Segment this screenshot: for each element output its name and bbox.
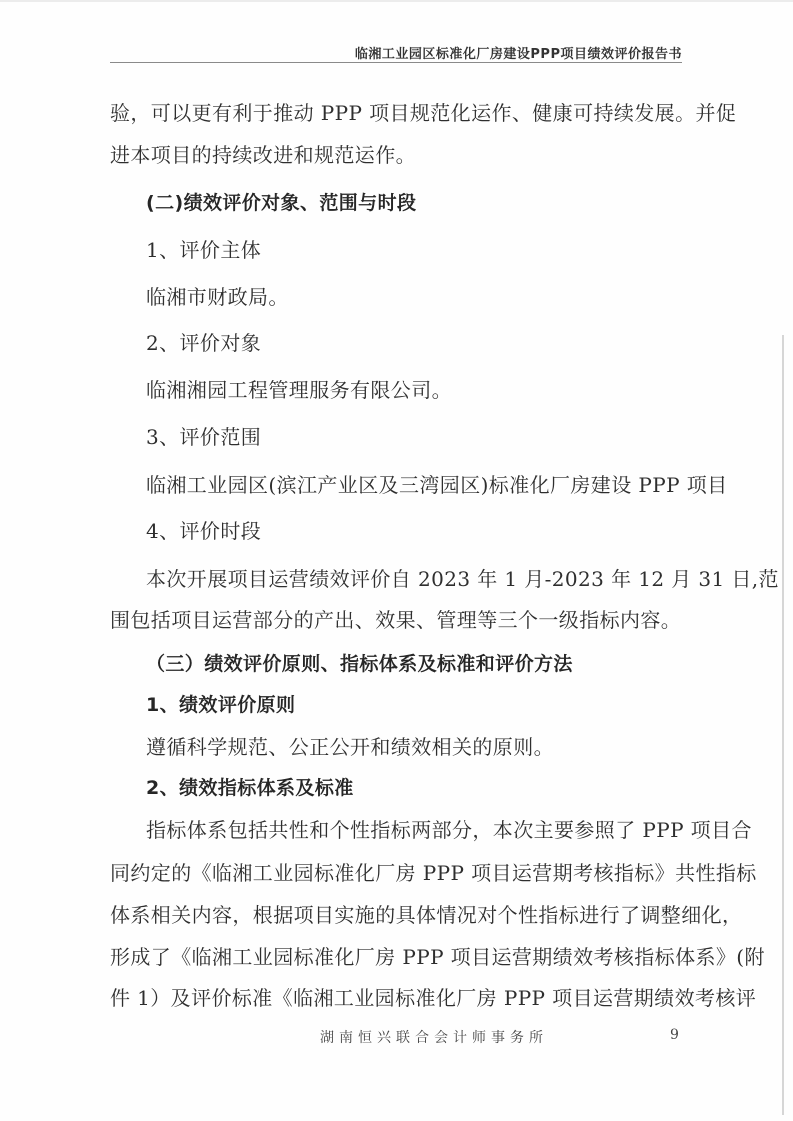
paragraph-line: 遵循科学规范、公正公开和绩效相关的原则。 bbox=[146, 733, 721, 761]
subsection-heading: 3、评价范围 bbox=[146, 423, 721, 451]
subsection-heading: 2、绩效指标体系及标准 bbox=[146, 774, 721, 802]
scan-right-edge bbox=[782, 335, 784, 1115]
paragraph-line: 进本项目的持续改进和规范运作。 bbox=[110, 141, 685, 169]
section-heading: (二)绩效评价对象、范围与时段 bbox=[146, 189, 721, 217]
paragraph-line: 件 1）及评价标准《临湘工业园标准化厂房 PPP 项目运营期绩效考核评 bbox=[110, 984, 685, 1012]
page-number: 9 bbox=[670, 1027, 679, 1043]
subsection-heading: 4、评价时段 bbox=[146, 517, 721, 545]
paragraph-line: 临湘市财政局。 bbox=[146, 283, 721, 311]
paragraph-line: 本次开展项目运营绩效评价自 2023 年 1 月-2023 年 12 月 31 … bbox=[146, 565, 685, 593]
paragraph-line: 体系相关内容，根据项目实施的具体情况对个性指标进行了调整细化， bbox=[110, 901, 685, 929]
paragraph-line: 临湘湘园工程管理服务有限公司。 bbox=[146, 376, 721, 404]
page-header: 临湘工业园区标准化厂房建设PPP项目绩效评价报告书 bbox=[110, 40, 682, 63]
subsection-heading: 1、绩效评价原则 bbox=[146, 691, 721, 719]
header-title: 临湘工业园区标准化厂房建设PPP项目绩效评价报告书 bbox=[355, 43, 682, 62]
paragraph-line: 形成了《临湘工业园标准化厂房 PPP 项目运营期绩效考核指标体系》(附 bbox=[110, 943, 685, 971]
paragraph-line: 临湘工业园区(滨江产业区及三湾园区)标准化厂房建设 PPP 项目 bbox=[146, 471, 721, 499]
paragraph-line: 指标体系包括共性和个性指标两部分，本次主要参照了 PPP 项目合 bbox=[146, 816, 685, 844]
subsection-heading: 1、评价主体 bbox=[146, 236, 721, 264]
footer-firm-name: 湖南恒兴联合会计师事务所 bbox=[320, 1027, 548, 1047]
section-heading: （三）绩效评价原则、指标体系及标准和评价方法 bbox=[146, 650, 721, 678]
paragraph-line: 同约定的《临湘工业园标准化厂房 PPP 项目运营期考核指标》共性指标 bbox=[110, 859, 685, 887]
subsection-heading: 2、评价对象 bbox=[146, 329, 721, 357]
paragraph-line: 验，可以更有利于推动 PPP 项目规范化运作、健康可持续发展。并促 bbox=[110, 99, 685, 127]
document-page: 临湘工业园区标准化厂房建设PPP项目绩效评价报告书 验，可以更有利于推动 PPP… bbox=[0, 0, 793, 1121]
scan-top-edge bbox=[0, 0, 793, 2]
paragraph-line: 围包括项目运营部分的产出、效果、管理等三个一级指标内容。 bbox=[110, 606, 685, 634]
